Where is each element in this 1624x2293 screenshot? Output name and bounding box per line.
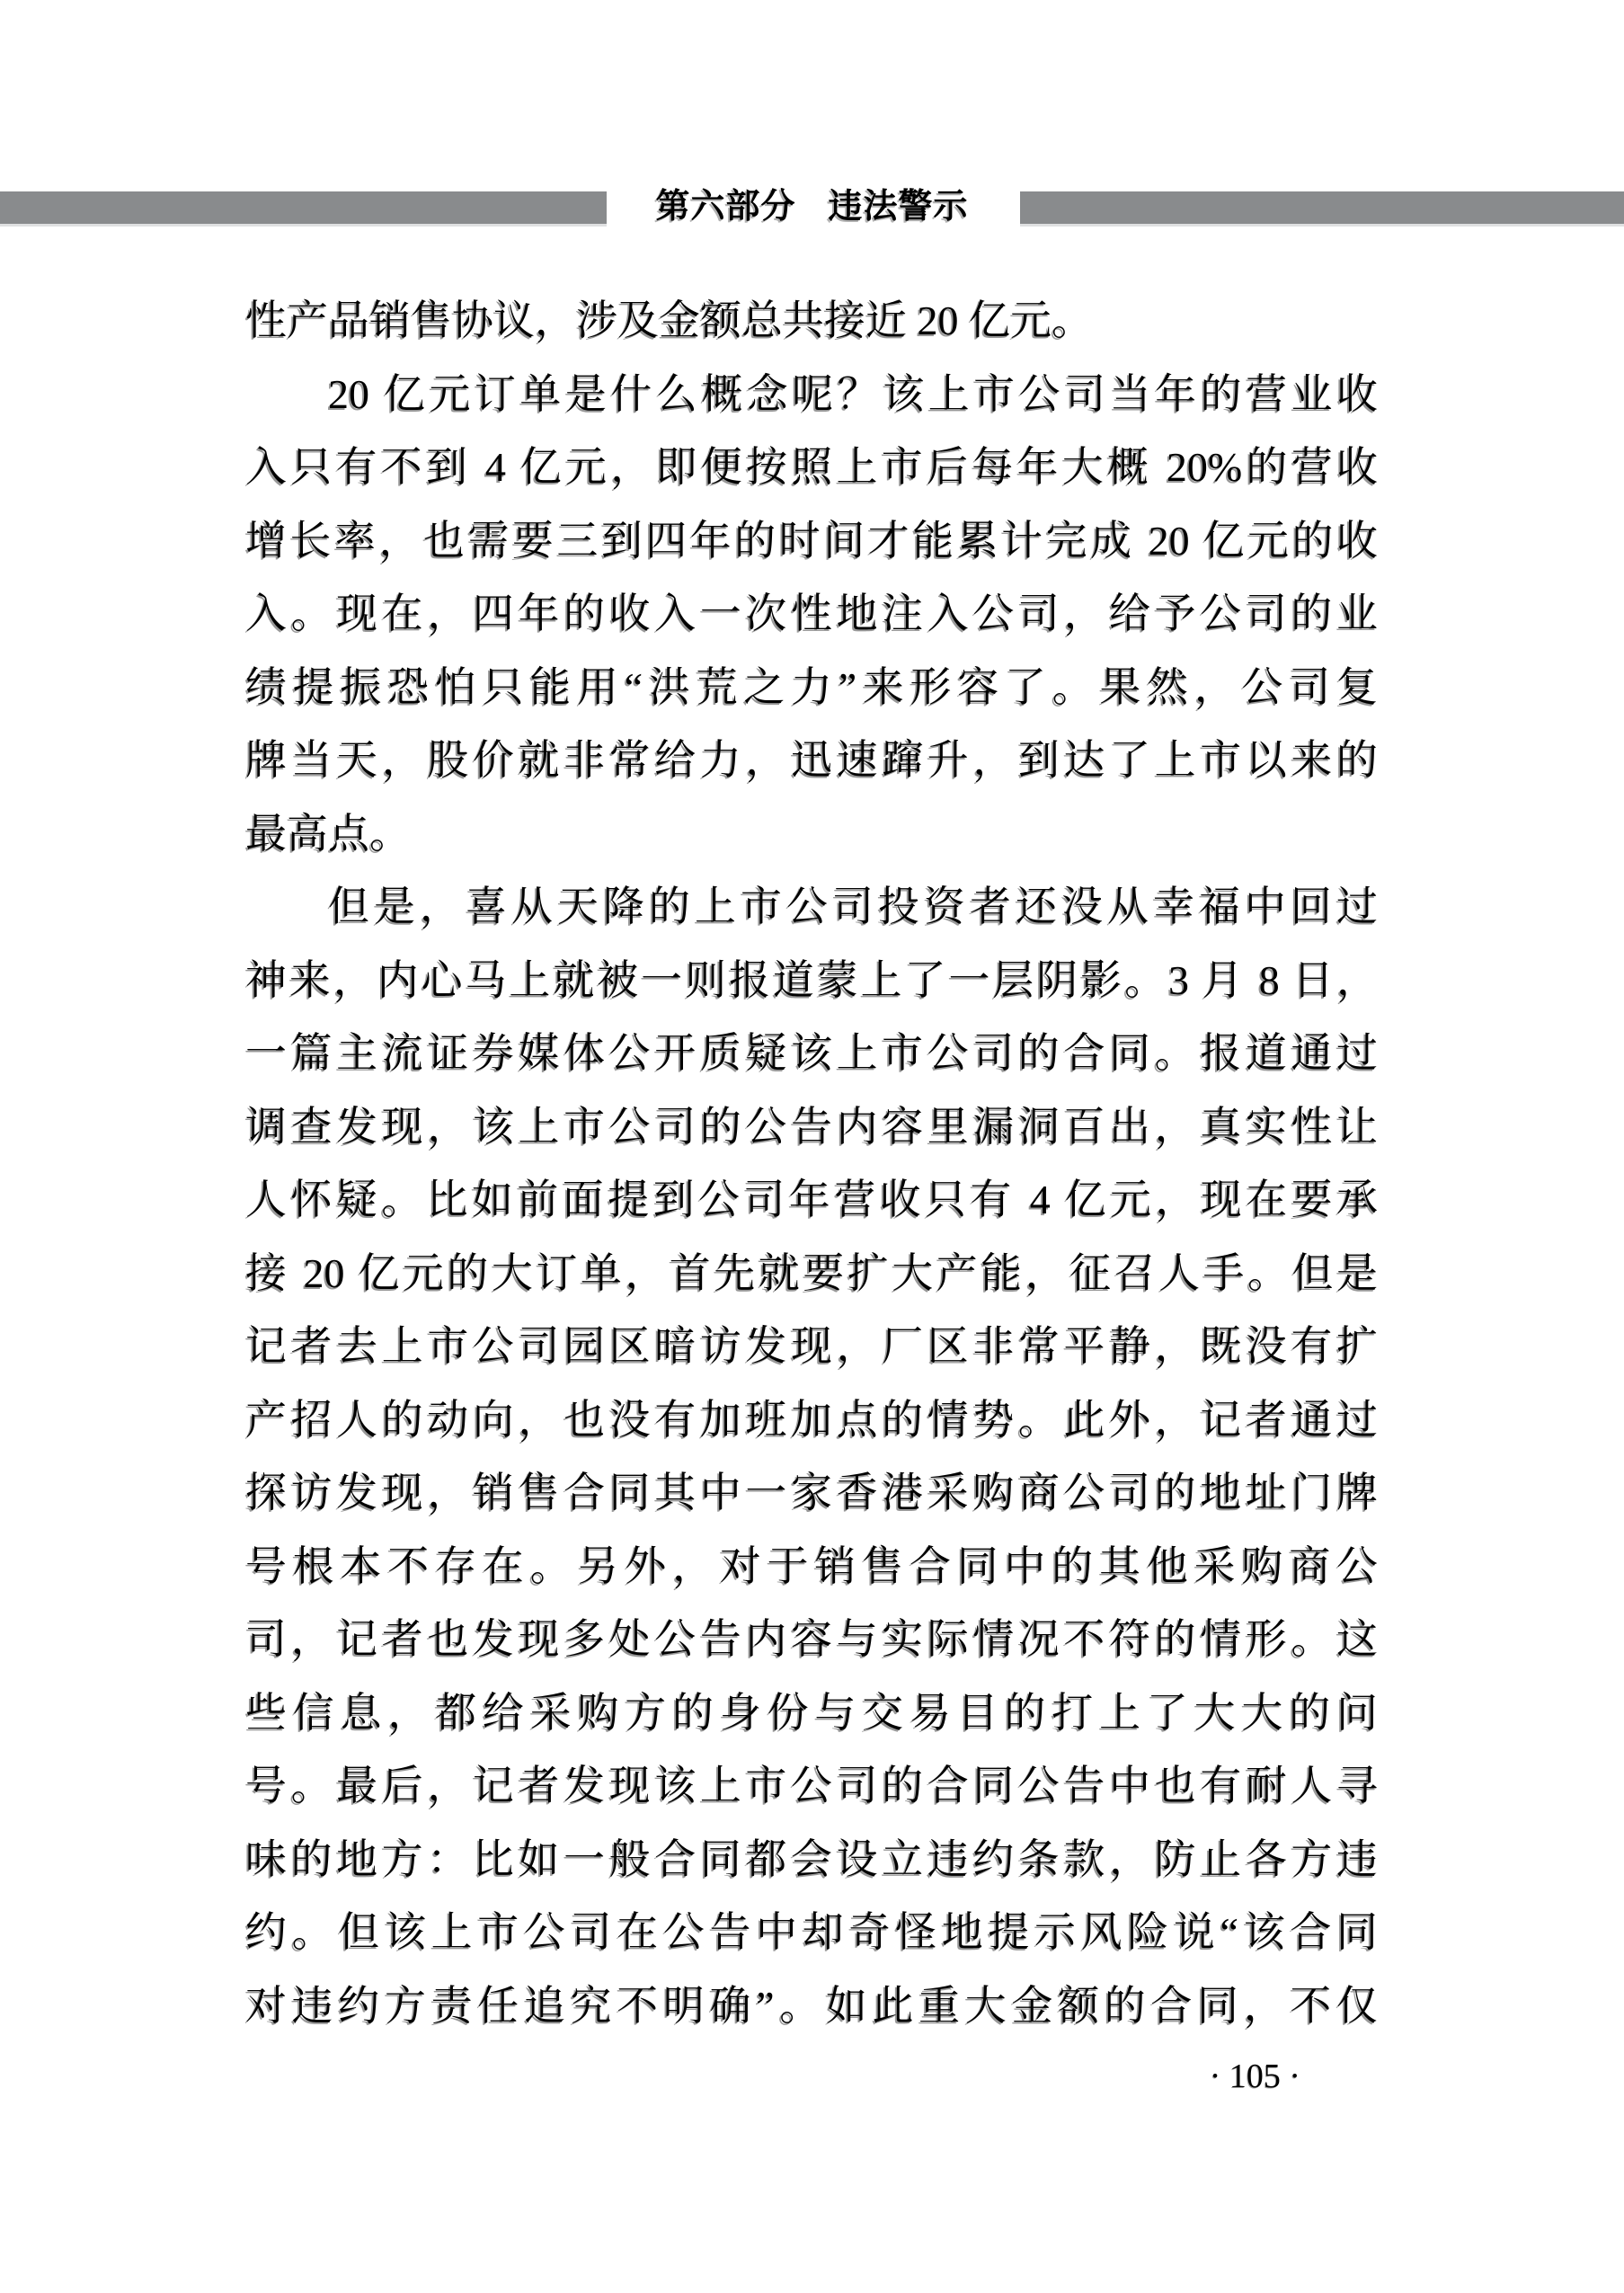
text-line: 但是，喜从天降的上市公司投资者还没从幸福中回过 (245, 870, 1378, 944)
text-line: 入只有不到 4 亿元，即便按照上市后每年大概 20%的营收 (245, 431, 1378, 504)
text-line: 人怀疑。比如前面提到公司年营收只有 4 亿元，现在要承 (245, 1163, 1378, 1237)
text-line: 探访发现，销售合同其中一家香港采购商公司的地址门牌 (245, 1456, 1378, 1530)
text-line: 接 20 亿元的大订单，首先就要扩大产能，征召人手。但是 (245, 1237, 1378, 1311)
text-line: 约。但该上市公司在公告中却奇怪地提示风险说“该合同 (245, 1896, 1378, 1969)
text-line: 些信息，都给采购方的身份与交易目的打上了大大的问 (245, 1676, 1378, 1750)
header-section-label: 第六部分 (655, 186, 795, 227)
text-line: 最高点。 (245, 797, 1378, 871)
text-line: 号。最后，记者发现该上市公司的合同公告中也有耐人寻 (245, 1749, 1378, 1823)
text-line: 记者去上市公司园区暗访发现，厂区非常平静，既没有扩 (245, 1310, 1378, 1383)
header-chapter-label: 违法警示 (829, 186, 969, 227)
text-line: 20 亿元订单是什么概念呢？该上市公司当年的营业收 (245, 358, 1378, 431)
text-line: 绩提振恐怕只能用“洪荒之力”来形容了。果然，公司复 (245, 651, 1378, 724)
text-line: 号根本不存在。另外，对于销售合同中的其他采购商公 (245, 1530, 1378, 1604)
book-page: 第六部分 违法警示 性产品销售协议，涉及金额总共接近 20 亿元。20 亿元订单… (0, 0, 1624, 2293)
text-line: 牌当天，股价就非常给力，迅速蹿升，到达了上市以来的 (245, 724, 1378, 797)
text-line: 味的地方：比如一般合同都会设立违约条款，防止各方违 (245, 1823, 1378, 1897)
text-line: 一篇主流证券媒体公开质疑该上市公司的合同。报道通过 (245, 1017, 1378, 1090)
text-line: 调查发现，该上市公司的公告内容里漏洞百出，真实性让 (245, 1090, 1378, 1164)
text-line: 神来，内心马上就被一则报道蒙上了一层阴影。3 月 8 日， (245, 944, 1378, 1018)
body-text: 性产品销售协议，涉及金额总共接近 20 亿元。20 亿元订单是什么概念呢？该上市… (245, 284, 1378, 2042)
text-line: 性产品销售协议，涉及金额总共接近 20 亿元。 (245, 284, 1378, 358)
text-line: 入。现在，四年的收入一次性地注入公司，给予公司的业 (245, 577, 1378, 651)
page-number: · 105 · (1210, 2057, 1300, 2096)
text-line: 对违约方责任追究不明确”。如此重大金额的合同，不仅 (245, 1969, 1378, 2043)
text-line: 产招人的动向，也没有加班加点的情势。此外，记者通过 (245, 1383, 1378, 1457)
text-line: 司，记者也发现多处公告内容与实际情况不符的情形。这 (245, 1603, 1378, 1676)
running-header: 第六部分 违法警示 (0, 186, 1624, 227)
text-line: 增长率，也需要三到四年的时间才能累计完成 20 亿元的收 (245, 504, 1378, 578)
